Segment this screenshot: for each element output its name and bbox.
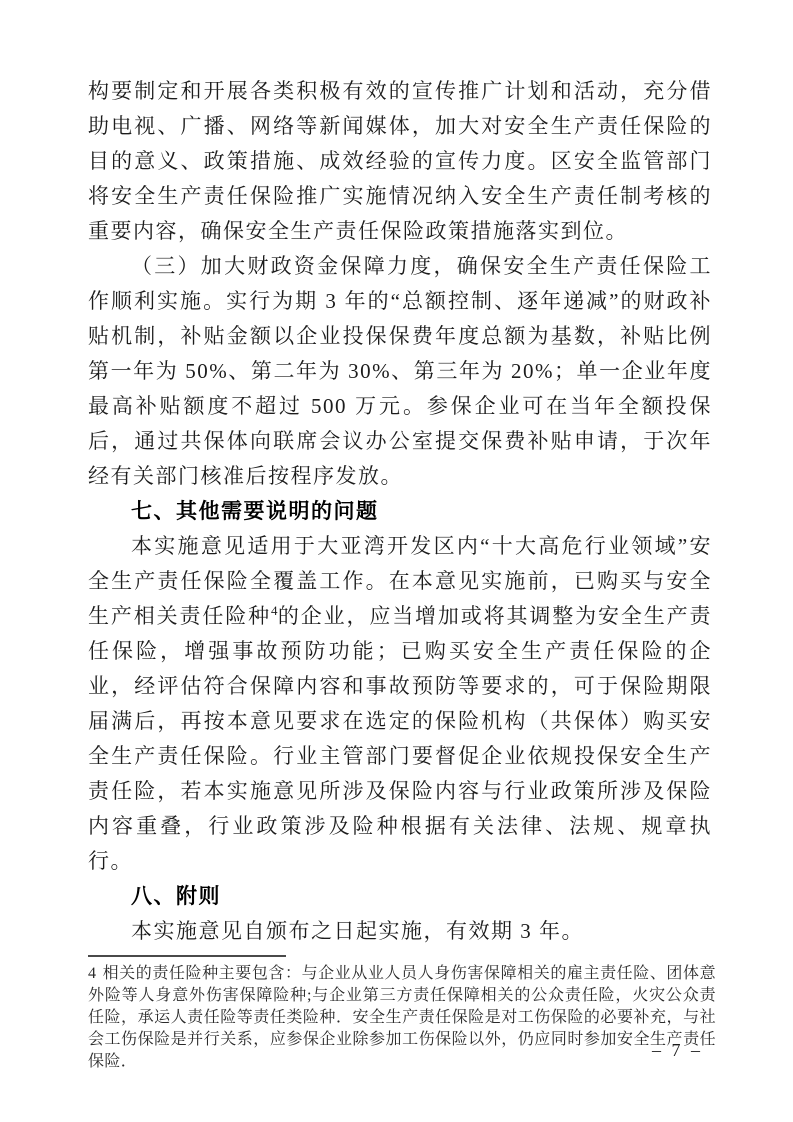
- footnote-marker: 4: [88, 965, 96, 982]
- paragraph-other-issues-text-after: 的企业，应当增加或将其调整为安全生产责任保险，增强事故预防功能；已购买安全生产责…: [88, 604, 712, 873]
- paragraph-fiscal-subsidy: （三）加大财政资金保障力度，确保安全生产责任保险工作顺利实施。实行为期 3 年的…: [88, 249, 712, 494]
- page-number: – 7 –: [652, 1040, 703, 1061]
- footnote-text: 相关的责任险种主要包含：与企业从业人员人身伤害保障相关的雇主责任险、团体意外险等…: [88, 965, 716, 1070]
- paragraph-effective-period: 本实施意见自颁布之日起实施，有效期 3 年。: [88, 914, 712, 949]
- document-body: 构要制定和开展各类积极有效的宣传推广计划和活动，充分借助电视、广播、网络等新闻媒…: [88, 74, 712, 949]
- footnote-separator-rule: [88, 955, 286, 957]
- paragraph-continuation: 构要制定和开展各类积极有效的宣传推广计划和活动，充分借助电视、广播、网络等新闻媒…: [88, 74, 712, 249]
- section-heading-eight: 八、附则: [88, 879, 712, 914]
- footnote-block: 4相关的责任险种主要包含：与企业从业人员人身伤害保障相关的雇主责任险、团体意外险…: [88, 963, 716, 1073]
- section-heading-seven: 七、其他需要说明的问题: [88, 494, 712, 529]
- paragraph-other-issues: 本实施意见适用于大亚湾开发区内“十大高危行业领域”安全生产责任保险全覆盖工作。在…: [88, 529, 712, 879]
- document-page: { "doc": { "para1": "构要制定和开展各类积极有效的宣传推广计…: [0, 0, 793, 1122]
